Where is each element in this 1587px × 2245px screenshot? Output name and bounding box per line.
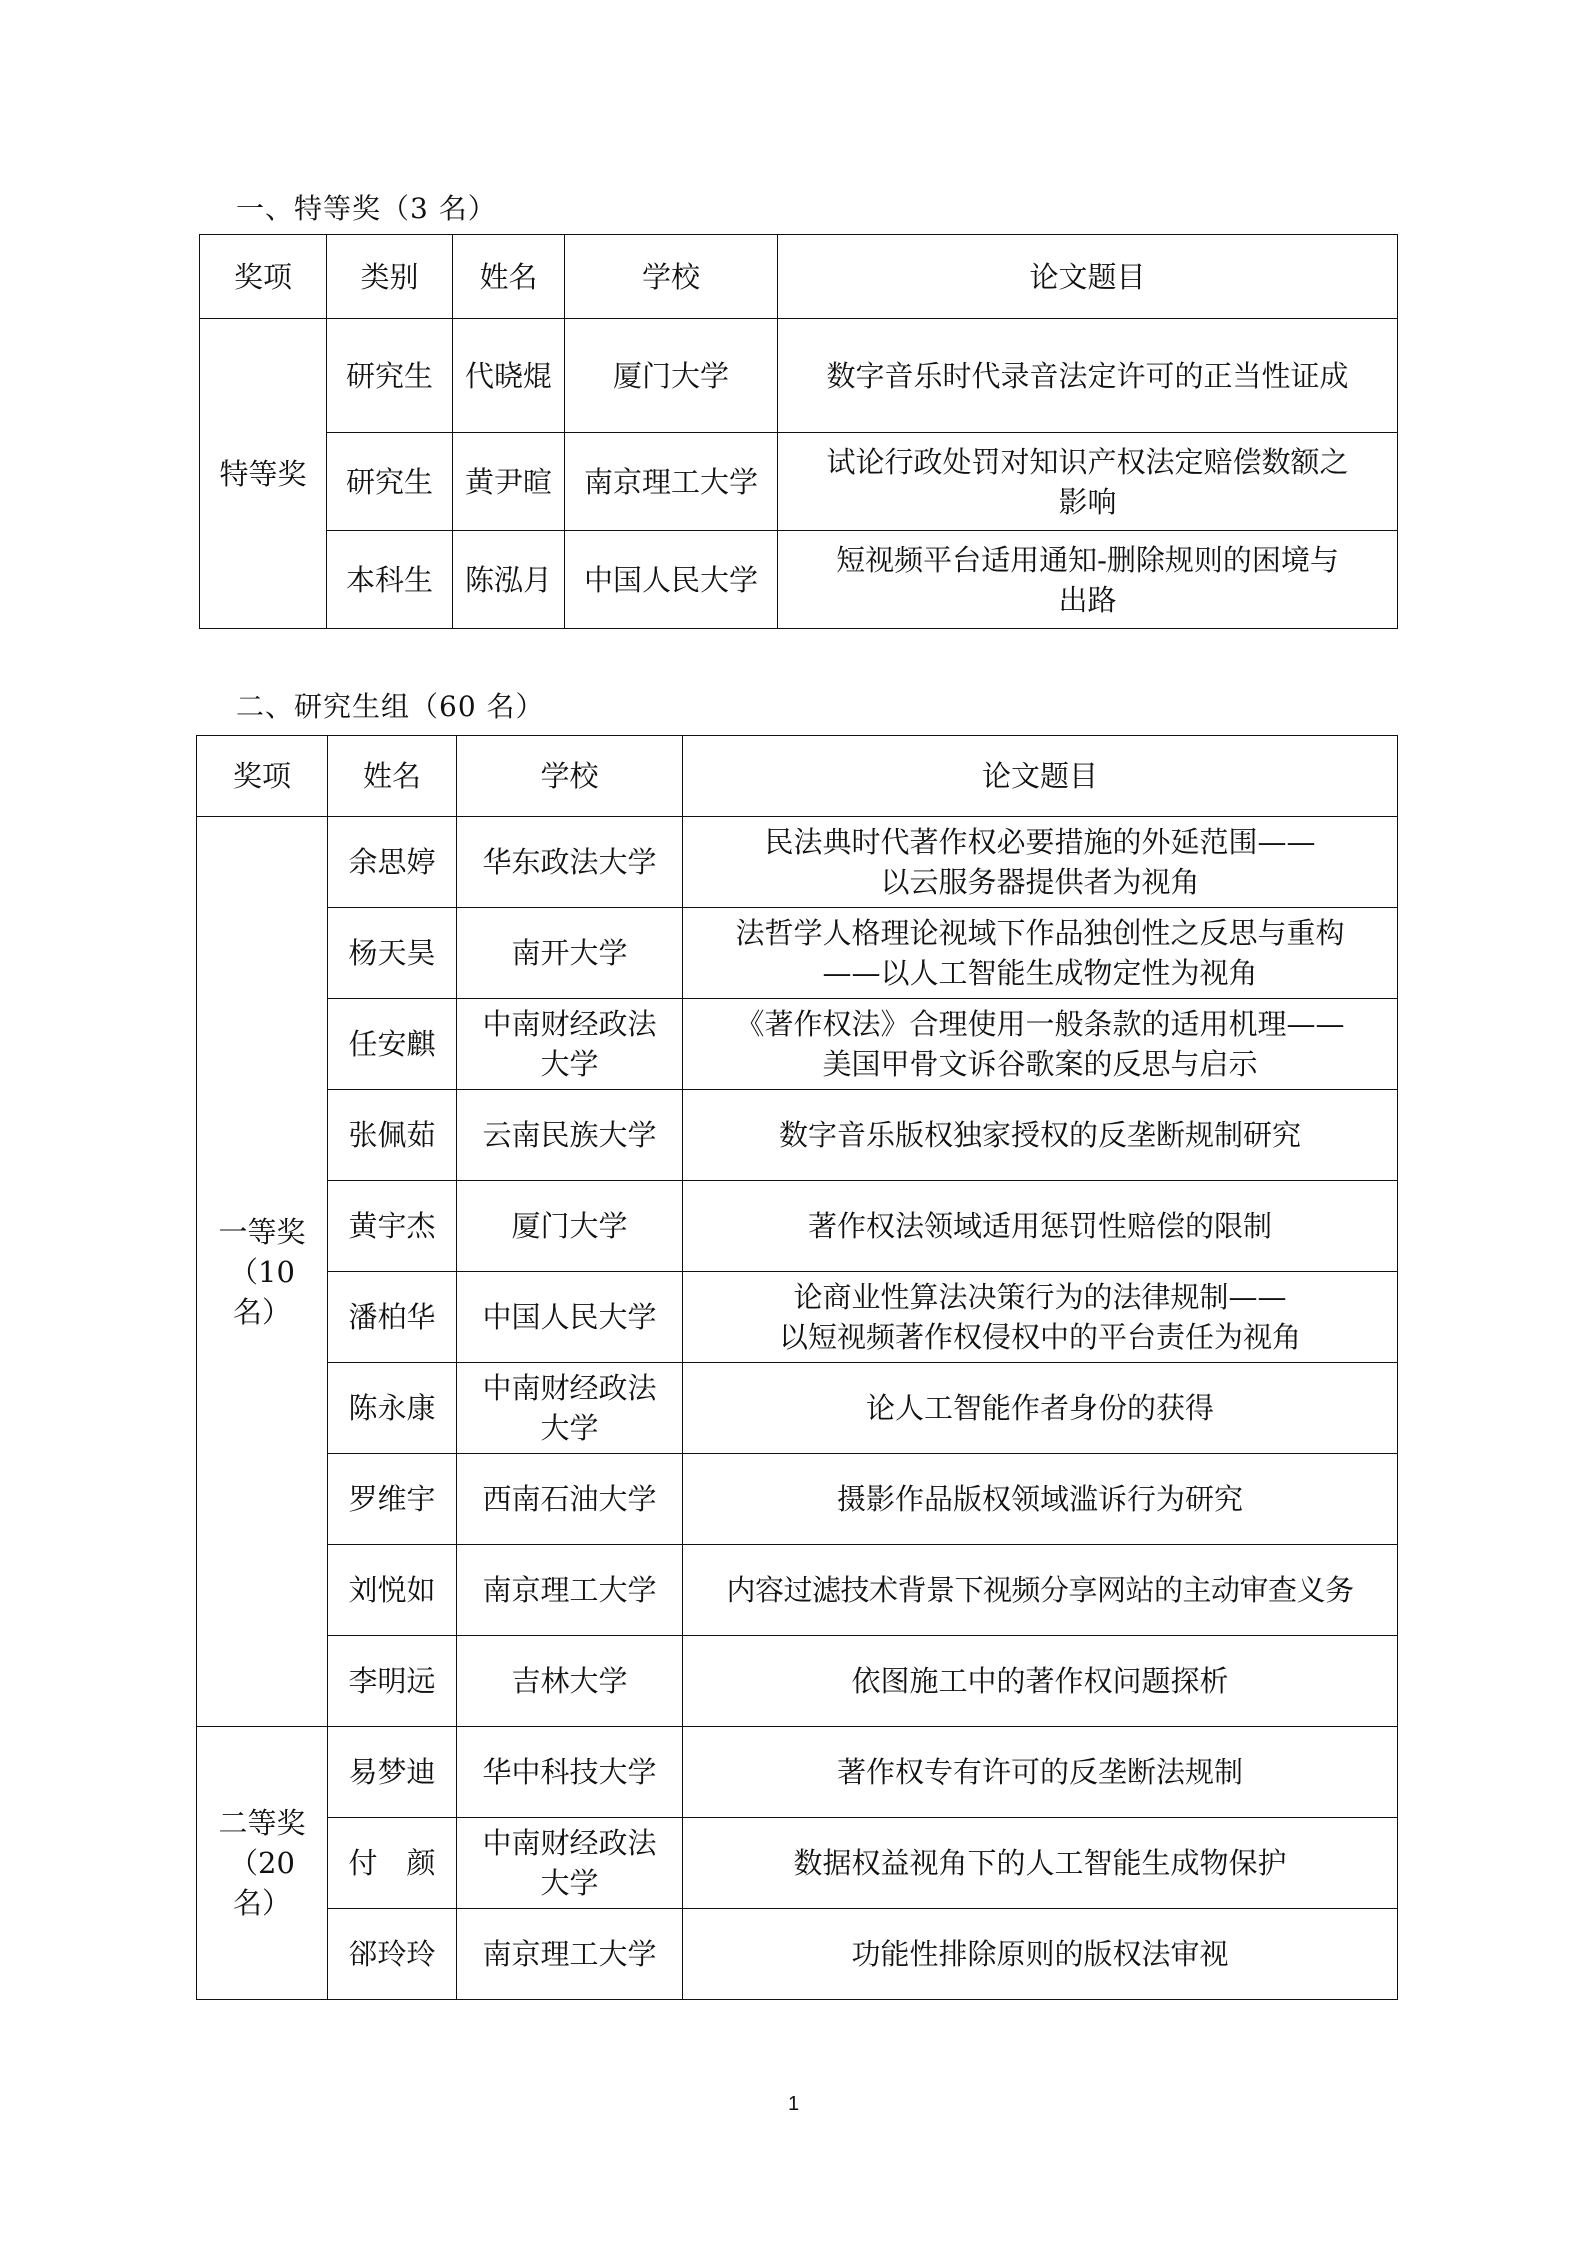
name-cell: 李明远 xyxy=(328,1636,457,1727)
page-number: 1 xyxy=(0,2093,1587,2116)
school-line: 大学 xyxy=(461,1408,678,1448)
header-award: 奖项 xyxy=(200,235,327,319)
paper-title-cell: 著作权法领域适用惩罚性赔偿的限制 xyxy=(683,1181,1398,1272)
header-award: 奖项 xyxy=(197,736,328,817)
name-cell: 陈泓月 xyxy=(453,531,565,629)
school-cell: 西南石油大学 xyxy=(457,1454,683,1545)
school-line: 厦门大学 xyxy=(461,1206,678,1246)
paper-title-cell: 功能性排除原则的版权法审视 xyxy=(683,1909,1398,2000)
paper-title-line: 论人工智能作者身份的获得 xyxy=(687,1388,1393,1428)
table-row: 付 颜 中南财经政法 大学 数据权益视角下的人工智能生成物保护 xyxy=(197,1818,1398,1909)
name-cell: 付 颜 xyxy=(328,1818,457,1909)
table-row: 二等奖 （20 名） 易梦迪 华中科技大学 著作权专有许可的反垄断法规制 xyxy=(197,1727,1398,1818)
school-cell: 中南财经政法 大学 xyxy=(457,999,683,1090)
name-cell: 代晓焜 xyxy=(453,319,565,433)
table-header-row: 奖项 姓名 学校 论文题目 xyxy=(197,736,1398,817)
paper-title-cell: 法哲学人格理论视域下作品独创性之反思与重构 ——以人工智能生成物定性为视角 xyxy=(683,908,1398,999)
paper-title-line: 论商业性算法决策行为的法律规制—— xyxy=(687,1277,1393,1317)
header-category: 类别 xyxy=(327,235,453,319)
paper-title-cell: 摄影作品版权领域滥诉行为研究 xyxy=(683,1454,1398,1545)
paper-title-cell: 试论行政处罚对知识产权法定赔偿数额之 影响 xyxy=(778,433,1398,531)
paper-title-cell: 《著作权法》合理使用一般条款的适用机理—— 美国甲骨文诉谷歌案的反思与启示 xyxy=(683,999,1398,1090)
school-cell: 南京理工大学 xyxy=(457,1909,683,2000)
table-row: 刘悦如 南京理工大学 内容过滤技术背景下视频分享网站的主动审查义务 xyxy=(197,1545,1398,1636)
category-cell: 本科生 xyxy=(327,531,453,629)
school-line: 云南民族大学 xyxy=(461,1115,678,1155)
school-line: 西南石油大学 xyxy=(461,1479,678,1519)
name-cell: 易梦迪 xyxy=(328,1727,457,1818)
school-line: 中国人民大学 xyxy=(461,1297,678,1337)
award-label-line: （10 xyxy=(201,1252,323,1292)
school-cell: 云南民族大学 xyxy=(457,1090,683,1181)
paper-title-line: 数字音乐版权独家授权的反垄断规制研究 xyxy=(687,1115,1393,1155)
award-cell-second-prize: 二等奖 （20 名） xyxy=(197,1727,328,2000)
name-cell: 张佩茹 xyxy=(328,1090,457,1181)
table-row: 任安麒 中南财经政法 大学 《著作权法》合理使用一般条款的适用机理—— 美国甲骨… xyxy=(197,999,1398,1090)
school-cell: 南京理工大学 xyxy=(565,433,778,531)
section-title-graduate-group: 二、研究生组（60 名） xyxy=(236,690,545,724)
graduate-group-table: 奖项 姓名 学校 论文题目 一等奖 （10 名） 余思婷 华东政法大学 民法典时… xyxy=(196,735,1398,2000)
award-label-line: 一等奖 xyxy=(201,1212,323,1252)
table-row: 一等奖 （10 名） 余思婷 华东政法大学 民法典时代著作权必要措施的外延范围—… xyxy=(197,817,1398,908)
table-row: 黄宇杰 厦门大学 著作权法领域适用惩罚性赔偿的限制 xyxy=(197,1181,1398,1272)
paper-title-line: 短视频平台适用通知-删除规则的困境与 xyxy=(782,540,1393,580)
school-line: 大学 xyxy=(461,1044,678,1084)
table-row: 潘柏华 中国人民大学 论商业性算法决策行为的法律规制—— 以短视频著作权侵权中的… xyxy=(197,1272,1398,1363)
school-cell: 中国人民大学 xyxy=(565,531,778,629)
paper-title-line: ——以人工智能生成物定性为视角 xyxy=(687,953,1393,993)
school-line: 吉林大学 xyxy=(461,1661,678,1701)
table-row: 研究生 黄尹暄 南京理工大学 试论行政处罚对知识产权法定赔偿数额之 影响 xyxy=(200,433,1398,531)
paper-title-line: 依图施工中的著作权问题探析 xyxy=(687,1661,1393,1701)
school-cell: 华中科技大学 xyxy=(457,1727,683,1818)
section-title-special-award: 一、特等奖（3 名） xyxy=(236,192,497,226)
header-paper-title: 论文题目 xyxy=(683,736,1398,817)
name-cell: 杨天昊 xyxy=(328,908,457,999)
special-award-table: 奖项 类别 姓名 学校 论文题目 特等奖 研究生 代晓焜 厦门大学 数字音乐时代… xyxy=(199,234,1398,629)
award-cell: 特等奖 xyxy=(200,319,327,629)
school-line: 华中科技大学 xyxy=(461,1752,678,1792)
paper-title-line: 著作权法领域适用惩罚性赔偿的限制 xyxy=(687,1206,1393,1246)
name-cell: 黄尹暄 xyxy=(453,433,565,531)
name-cell: 郤玲玲 xyxy=(328,1909,457,2000)
paper-title-line: 美国甲骨文诉谷歌案的反思与启示 xyxy=(687,1044,1393,1084)
paper-title-line: 数据权益视角下的人工智能生成物保护 xyxy=(687,1843,1393,1883)
category-cell: 研究生 xyxy=(327,319,453,433)
name-cell: 黄宇杰 xyxy=(328,1181,457,1272)
paper-title-line: 《著作权法》合理使用一般条款的适用机理—— xyxy=(687,1004,1393,1044)
school-cell: 南京理工大学 xyxy=(457,1545,683,1636)
school-cell: 厦门大学 xyxy=(565,319,778,433)
name-cell: 潘柏华 xyxy=(328,1272,457,1363)
school-line: 华东政法大学 xyxy=(461,842,678,882)
school-line: 南京理工大学 xyxy=(461,1570,678,1610)
paper-title-cell: 数据权益视角下的人工智能生成物保护 xyxy=(683,1818,1398,1909)
category-cell: 研究生 xyxy=(327,433,453,531)
paper-title-line: 法哲学人格理论视域下作品独创性之反思与重构 xyxy=(687,913,1393,953)
paper-title-cell: 数字音乐时代录音法定许可的正当性证成 xyxy=(778,319,1398,433)
paper-title-cell: 论商业性算法决策行为的法律规制—— 以短视频著作权侵权中的平台责任为视角 xyxy=(683,1272,1398,1363)
name-cell: 陈永康 xyxy=(328,1363,457,1454)
header-school: 学校 xyxy=(457,736,683,817)
school-line: 中南财经政法 xyxy=(461,1823,678,1863)
paper-title-line: 以云服务器提供者为视角 xyxy=(687,862,1393,902)
table-row: 杨天昊 南开大学 法哲学人格理论视域下作品独创性之反思与重构 ——以人工智能生成… xyxy=(197,908,1398,999)
paper-title-cell: 著作权专有许可的反垄断法规制 xyxy=(683,1727,1398,1818)
table-row: 罗维宇 西南石油大学 摄影作品版权领域滥诉行为研究 xyxy=(197,1454,1398,1545)
table-row: 郤玲玲 南京理工大学 功能性排除原则的版权法审视 xyxy=(197,1909,1398,2000)
school-cell: 中国人民大学 xyxy=(457,1272,683,1363)
paper-title-line: 以短视频著作权侵权中的平台责任为视角 xyxy=(687,1317,1393,1357)
header-school: 学校 xyxy=(565,235,778,319)
paper-title-line: 数字音乐时代录音法定许可的正当性证成 xyxy=(782,356,1393,396)
award-cell-first-prize: 一等奖 （10 名） xyxy=(197,817,328,1727)
paper-title-cell: 依图施工中的著作权问题探析 xyxy=(683,1636,1398,1727)
paper-title-line: 影响 xyxy=(782,482,1393,522)
header-name: 姓名 xyxy=(453,235,565,319)
school-line: 南京理工大学 xyxy=(461,1934,678,1974)
header-name: 姓名 xyxy=(328,736,457,817)
table-row: 张佩茹 云南民族大学 数字音乐版权独家授权的反垄断规制研究 xyxy=(197,1090,1398,1181)
school-cell: 中南财经政法 大学 xyxy=(457,1363,683,1454)
paper-title-cell: 内容过滤技术背景下视频分享网站的主动审查义务 xyxy=(683,1545,1398,1636)
paper-title-cell: 论人工智能作者身份的获得 xyxy=(683,1363,1398,1454)
paper-title-line: 试论行政处罚对知识产权法定赔偿数额之 xyxy=(782,442,1393,482)
paper-title-cell: 短视频平台适用通知-删除规则的困境与 出路 xyxy=(778,531,1398,629)
name-cell: 任安麒 xyxy=(328,999,457,1090)
name-cell: 罗维宇 xyxy=(328,1454,457,1545)
paper-title-line: 出路 xyxy=(782,580,1393,620)
name-cell: 余思婷 xyxy=(328,817,457,908)
paper-title-line: 著作权专有许可的反垄断法规制 xyxy=(687,1752,1393,1792)
paper-title-line: 内容过滤技术背景下视频分享网站的主动审查义务 xyxy=(683,1570,1397,1610)
school-cell: 吉林大学 xyxy=(457,1636,683,1727)
table-row: 本科生 陈泓月 中国人民大学 短视频平台适用通知-删除规则的困境与 出路 xyxy=(200,531,1398,629)
table-row: 陈永康 中南财经政法 大学 论人工智能作者身份的获得 xyxy=(197,1363,1398,1454)
award-label-line: 名） xyxy=(201,1292,323,1332)
table-row: 李明远 吉林大学 依图施工中的著作权问题探析 xyxy=(197,1636,1398,1727)
table-header-row: 奖项 类别 姓名 学校 论文题目 xyxy=(200,235,1398,319)
paper-title-line: 民法典时代著作权必要措施的外延范围—— xyxy=(687,822,1393,862)
school-cell: 中南财经政法 大学 xyxy=(457,1818,683,1909)
name-cell: 刘悦如 xyxy=(328,1545,457,1636)
school-cell: 厦门大学 xyxy=(457,1181,683,1272)
header-paper-title: 论文题目 xyxy=(778,235,1398,319)
school-line: 大学 xyxy=(461,1863,678,1903)
award-label-line: 名） xyxy=(201,1883,323,1923)
paper-title-line: 功能性排除原则的版权法审视 xyxy=(687,1934,1393,1974)
school-cell: 华东政法大学 xyxy=(457,817,683,908)
school-line: 中南财经政法 xyxy=(461,1004,678,1044)
table-row: 特等奖 研究生 代晓焜 厦门大学 数字音乐时代录音法定许可的正当性证成 xyxy=(200,319,1398,433)
award-label-line: 二等奖 xyxy=(201,1803,323,1843)
paper-title-line: 摄影作品版权领域滥诉行为研究 xyxy=(687,1479,1393,1519)
school-line: 中南财经政法 xyxy=(461,1368,678,1408)
school-cell: 南开大学 xyxy=(457,908,683,999)
paper-title-cell: 数字音乐版权独家授权的反垄断规制研究 xyxy=(683,1090,1398,1181)
school-line: 南开大学 xyxy=(461,933,678,973)
paper-title-cell: 民法典时代著作权必要措施的外延范围—— 以云服务器提供者为视角 xyxy=(683,817,1398,908)
award-label-line: （20 xyxy=(201,1843,323,1883)
